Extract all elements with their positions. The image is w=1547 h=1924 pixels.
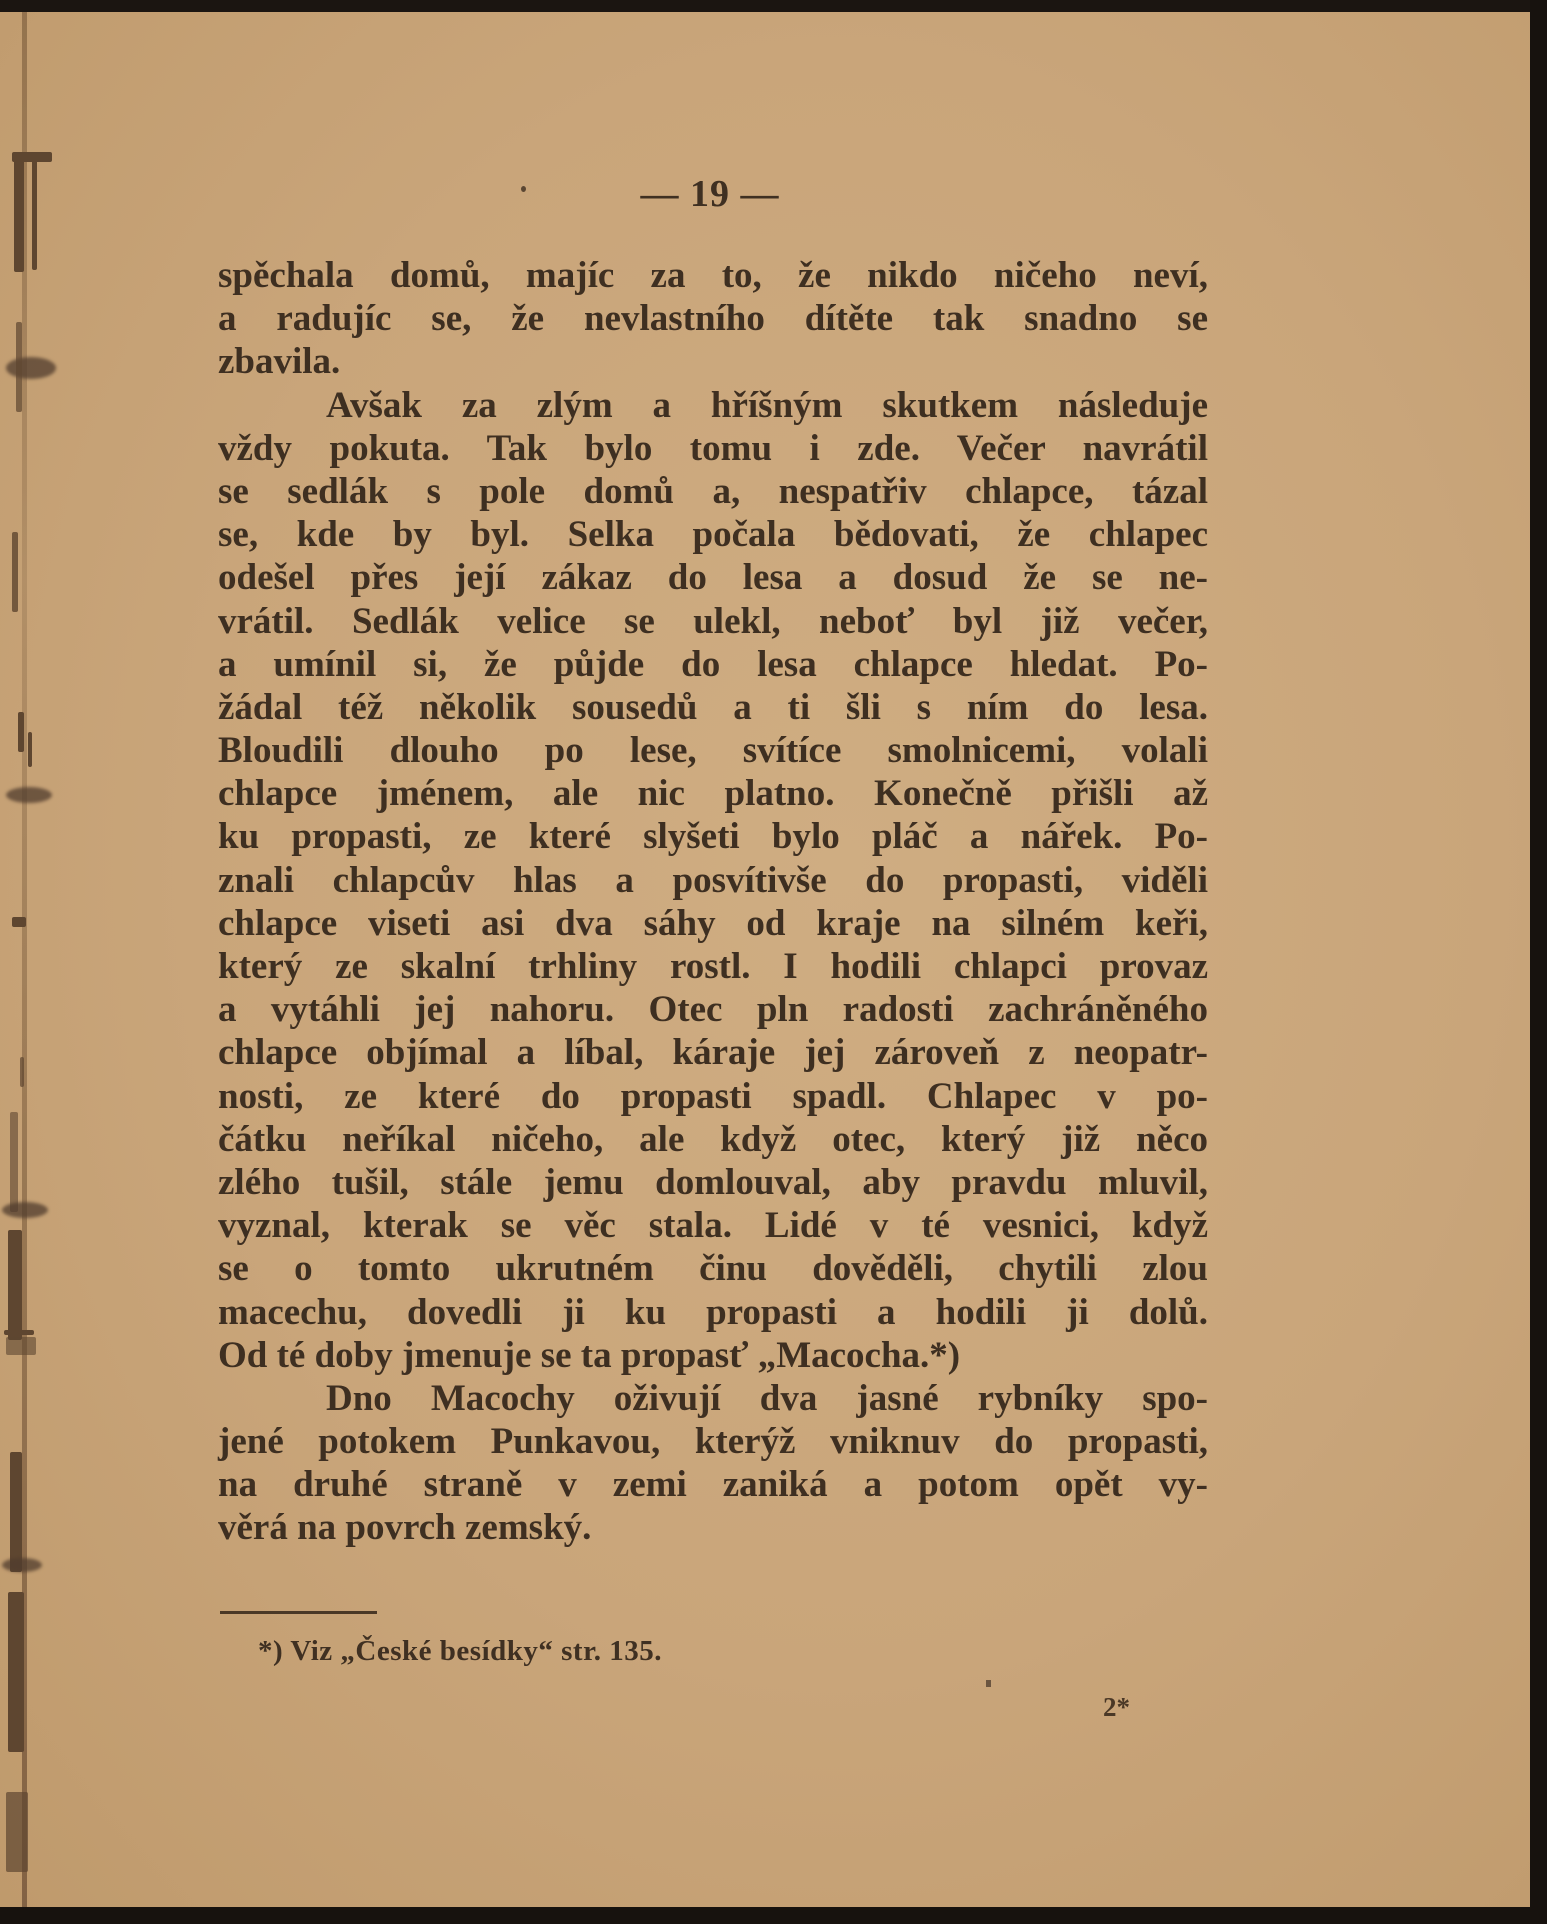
binding-stain — [2, 1558, 42, 1572]
text-line: vrátil. Sedlák velice se ulekl, neboť by… — [218, 600, 1208, 643]
text-line: se sedlák s pole domů a, nespatřiv chlap… — [218, 470, 1208, 513]
text-line-content: jené potokem Punkavou, kterýž vniknuv do… — [218, 1420, 1208, 1463]
binding-stain — [2, 1202, 48, 1218]
text-line: chlapce objímal a líbal, káraje jej záro… — [218, 1031, 1208, 1074]
text-line: spěchala domů, majíc za to, že nikdo nič… — [218, 254, 1208, 297]
text-line: Avšak za zlým a hříšným skutkem následuj… — [218, 384, 1208, 427]
text-line-content: macechu, dovedli ji ku propasti a hodili… — [218, 1291, 1208, 1334]
binding-stain — [4, 1330, 34, 1335]
scan-border-right — [1530, 0, 1547, 1924]
text-line-content: vrátil. Sedlák velice se ulekl, neboť by… — [218, 600, 1208, 643]
text-line-content: se sedlák s pole domů a, nespatřiv chlap… — [218, 470, 1208, 513]
text-line-content: věrá na povrch zemský. — [218, 1506, 1208, 1549]
text-line: žádal též několik sousedů a ti šli s ním… — [218, 686, 1208, 729]
text-line: odešel přes její zákaz do lesa a dosud ž… — [218, 556, 1208, 599]
binding-stain — [8, 1230, 22, 1340]
text-line: čátku neříkal ničeho, ale když otec, kte… — [218, 1118, 1208, 1161]
text-line-content: vždy pokuta. Tak bylo tomu i zde. Večer … — [218, 427, 1208, 470]
text-line-content: vyznal, kterak se věc stala. Lidé v té v… — [218, 1204, 1208, 1247]
text-line: nosti, ze které do propasti spadl. Chlap… — [218, 1075, 1208, 1118]
text-line-content: Bloudili dlouho po lese, svítíce smolnic… — [218, 729, 1208, 772]
text-line: věrá na povrch zemský. — [218, 1506, 1208, 1549]
binding-stain — [10, 1112, 18, 1212]
text-line: který ze skalní trhliny rostl. I hodili … — [218, 945, 1208, 988]
text-line-content: a vytáhli jej nahoru. Otec pln radosti z… — [218, 988, 1208, 1031]
binding-stain — [12, 917, 26, 927]
text-line-content: a radujíc se, že nevlastního dítěte tak … — [218, 297, 1208, 340]
text-line: Bloudili dlouho po lese, svítíce smolnic… — [218, 729, 1208, 772]
text-line-content: chlapce jménem, ale nic platno. Konečně … — [218, 772, 1208, 815]
text-line: na druhé straně v zemi zaniká a potom op… — [218, 1463, 1208, 1506]
footnote-divider — [220, 1611, 377, 1614]
binding-stain — [6, 357, 56, 379]
text-line: chlapce jménem, ale nic platno. Konečně … — [218, 772, 1208, 815]
text-line-content: zbavila. — [218, 340, 1208, 383]
text-line-content: se o tomto ukrutném činu dověděli, chyti… — [218, 1247, 1208, 1290]
scan-border-bottom — [0, 1907, 1547, 1924]
binding-stain — [18, 712, 24, 752]
text-line-content: Dno Macochy oživují dva jasné rybníky sp… — [326, 1377, 1208, 1420]
footnote: *) Viz „České besídky“ str. 135. — [258, 1635, 662, 1668]
binding-stain — [10, 1452, 22, 1572]
binding-stain — [6, 787, 52, 803]
binding-stain — [28, 732, 32, 767]
text-line: zlého tušil, stále jemu domlouval, aby p… — [218, 1161, 1208, 1204]
text-line-content: odešel přes její zákaz do lesa a dosud ž… — [218, 556, 1208, 599]
text-line: znali chlapcův hlas a posvítivše do prop… — [218, 859, 1208, 902]
text-line-content: chlapce objímal a líbal, káraje jej záro… — [218, 1031, 1208, 1074]
text-line: ku propasti, ze které slyšeti bylo pláč … — [218, 815, 1208, 858]
text-line: a umínil si, že půjde do lesa chlapce hl… — [218, 643, 1208, 686]
text-line-content: který ze skalní trhliny rostl. I hodili … — [218, 945, 1208, 988]
binding-stain — [16, 322, 22, 412]
binding-stain — [6, 1792, 28, 1872]
text-line-content: spěchala domů, majíc za to, že nikdo nič… — [218, 254, 1208, 297]
scan-border-top — [0, 0, 1547, 12]
text-line: zbavila. — [218, 340, 1208, 383]
text-line-content: na druhé straně v zemi zaniká a potom op… — [218, 1463, 1208, 1506]
text-line: vždy pokuta. Tak bylo tomu i zde. Večer … — [218, 427, 1208, 470]
binding-stain — [12, 532, 18, 612]
text-line-content: žádal též několik sousedů a ti šli s ním… — [218, 686, 1208, 729]
binding-stain — [20, 1057, 24, 1087]
printer-signature-mark: 2* — [1103, 1692, 1130, 1723]
text-line-content: ku propasti, ze které slyšeti bylo pláč … — [218, 815, 1208, 858]
binding-stain — [6, 1337, 36, 1355]
text-line-content: Od té doby jmenuje se ta propasť „Macoch… — [218, 1334, 1208, 1377]
text-line: a radujíc se, že nevlastního dítěte tak … — [218, 297, 1208, 340]
text-line-content: se, kde by byl. Selka počala bědovati, ž… — [218, 513, 1208, 556]
text-line-content: chlapce viseti asi dva sáhy od kraje na … — [218, 902, 1208, 945]
text-line: macechu, dovedli ji ku propasti a hodili… — [218, 1291, 1208, 1334]
text-line-content: Avšak za zlým a hříšným skutkem následuj… — [326, 384, 1208, 427]
text-line: Dno Macochy oživují dva jasné rybníky sp… — [218, 1377, 1208, 1420]
binding-stain — [8, 1592, 24, 1752]
text-line-content: a umínil si, že půjde do lesa chlapce hl… — [218, 643, 1208, 686]
text-line: Od té doby jmenuje se ta propasť „Macoch… — [218, 1334, 1208, 1377]
text-line-content: čátku neříkal ničeho, ale když otec, kte… — [218, 1118, 1208, 1161]
text-line-content: zlého tušil, stále jemu domlouval, aby p… — [218, 1161, 1208, 1204]
text-line: a vytáhli jej nahoru. Otec pln radosti z… — [218, 988, 1208, 1031]
text-line: vyznal, kterak se věc stala. Lidé v té v… — [218, 1204, 1208, 1247]
text-line-content: nosti, ze které do propasti spadl. Chlap… — [218, 1075, 1208, 1118]
body-text: spěchala domů, majíc za to, že nikdo nič… — [218, 254, 1208, 1550]
text-line: chlapce viseti asi dva sáhy od kraje na … — [218, 902, 1208, 945]
page-number: — 19 — — [0, 172, 1420, 216]
text-line-content: znali chlapcův hlas a posvítivše do prop… — [218, 859, 1208, 902]
print-speck — [986, 1680, 991, 1687]
book-page: — 19 — spěchala domů, majíc za to, že ni… — [0, 12, 1530, 1907]
text-line: se o tomto ukrutném činu dověděli, chyti… — [218, 1247, 1208, 1290]
text-line: se, kde by byl. Selka počala bědovati, ž… — [218, 513, 1208, 556]
text-line: jené potokem Punkavou, kterýž vniknuv do… — [218, 1420, 1208, 1463]
